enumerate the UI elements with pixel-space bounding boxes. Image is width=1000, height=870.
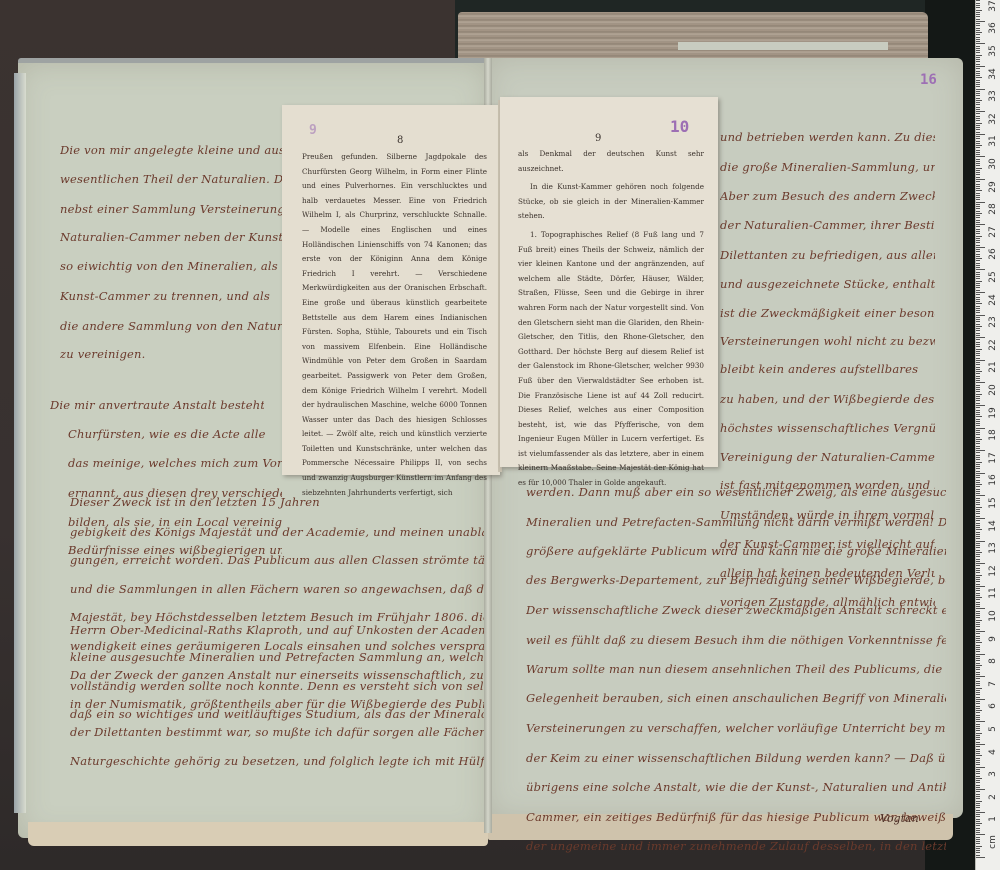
handwritten-line: bleibt kein anderes aufstellbares — [720, 362, 935, 376]
ruler-tick — [976, 419, 980, 420]
ruler-tick — [976, 712, 980, 713]
ruler-tick — [976, 807, 980, 808]
ruler-tick — [976, 299, 980, 300]
ruler-tick — [976, 238, 980, 239]
ruler-tick — [976, 315, 985, 316]
ruler-tick — [976, 642, 982, 643]
ruler-tick — [976, 633, 980, 634]
handwritten-line: höchstes wissenschaftliches Vergnügen wü… — [720, 421, 935, 435]
page-left-binding-edge — [14, 73, 26, 813]
handwritten-line: der Keim zu einer wissenschaftlichen Bil… — [526, 751, 946, 765]
ruler-tick — [976, 378, 980, 379]
ruler-tick — [976, 398, 980, 399]
ruler-label: 35 — [988, 43, 998, 59]
ruler-tick — [976, 676, 985, 677]
handwritten-line: der Dilettanten bestimmt war, so mußte i… — [70, 725, 490, 739]
ruler-label: 25 — [988, 269, 998, 285]
ruler-tick — [976, 751, 980, 752]
ruler-tick — [976, 107, 980, 108]
ruler-tick — [976, 324, 980, 325]
ruler-tick — [976, 728, 980, 729]
ruler-tick — [976, 43, 985, 44]
ruler-tick — [976, 102, 980, 103]
page-number: 9 — [595, 133, 601, 144]
handwritten-line: so eiwichtig von den Mineralien, als — [60, 259, 282, 273]
ruler-tick — [976, 371, 982, 372]
ruler-tick — [976, 462, 982, 463]
ruler-label: 10 — [988, 608, 998, 624]
ruler-tick — [976, 211, 980, 212]
ruler-tick — [976, 120, 980, 121]
ruler-label: 3 — [988, 766, 998, 782]
ruler-label: 26 — [988, 246, 998, 262]
ruler-tick — [976, 236, 982, 237]
ruler-tick — [976, 39, 980, 40]
ruler-tick — [976, 805, 980, 806]
ruler-tick — [976, 434, 980, 435]
ruler-tick — [976, 683, 980, 684]
ruler-tick — [976, 850, 980, 851]
ruler-tick — [976, 753, 980, 754]
ruler-tick — [976, 762, 980, 763]
ruler-tick — [976, 620, 982, 621]
ruler-tick — [976, 177, 980, 178]
ruler-tick — [976, 520, 980, 521]
ruler-tick — [976, 660, 980, 661]
ruler-tick — [976, 484, 982, 485]
ruler-tick — [976, 138, 980, 139]
handwritten-line: Herrn Ober-Medicinal-Raths Klaproth, und… — [70, 623, 490, 637]
ruler-tick — [976, 778, 982, 779]
handwritten-line: gungen, erreicht worden. Das Publicum au… — [70, 553, 490, 567]
ruler-tick — [976, 254, 980, 255]
handwritten-line: Vereinigung der Naturalien-Cammer — — [720, 450, 935, 464]
handwritten-line: Majestät, bey Höchstdesselben letztem Be… — [70, 610, 490, 624]
ruler-tick — [976, 688, 982, 689]
ruler-tick — [976, 86, 980, 87]
ruler-tick — [976, 272, 980, 273]
ruler-tick — [976, 330, 980, 331]
ruler-tick — [976, 769, 980, 770]
ruler-tick — [976, 109, 980, 110]
ruler-tick — [976, 710, 982, 711]
ruler-tick — [976, 590, 980, 591]
ruler-tick — [976, 525, 980, 526]
ruler-tick — [976, 265, 980, 266]
ruler-tick — [976, 656, 980, 657]
printed-text-block: Preußen gefunden. Silberne Jagdpokale de… — [302, 150, 487, 500]
ruler-tick — [976, 410, 980, 411]
ruler-tick — [976, 134, 985, 135]
ruler-tick — [976, 152, 980, 153]
ruler-tick — [976, 489, 980, 490]
ruler-tick — [976, 437, 980, 438]
ruler-tick — [976, 75, 980, 76]
ruler-tick — [976, 317, 980, 318]
ruler-tick — [976, 502, 980, 503]
ruler-tick — [976, 358, 980, 359]
ruler-tick — [976, 830, 980, 831]
ruler-tick — [976, 615, 980, 616]
ruler-tick — [976, 68, 980, 69]
ruler-tick — [976, 839, 980, 840]
ruler-tick — [976, 425, 980, 426]
ruler-tick — [976, 532, 980, 533]
ruler-tick — [976, 791, 980, 792]
ruler-tick — [976, 613, 980, 614]
ruler-tick — [976, 448, 980, 449]
ruler-tick — [976, 100, 982, 101]
ruler-tick — [976, 245, 980, 246]
ruler-label: 29 — [988, 179, 998, 195]
ruler-tick — [976, 206, 980, 207]
ruler-tick — [976, 274, 980, 275]
ruler-tick — [976, 405, 985, 406]
ruler-tick — [976, 821, 980, 822]
ruler-tick — [976, 455, 980, 456]
ruler-tick — [976, 258, 982, 259]
ruler-tick — [976, 452, 980, 453]
ruler-tick — [976, 534, 980, 535]
handwritten-line: das meinige, welches mich zum Vorsteher — [68, 456, 282, 470]
handwritten-line: nebst einer Sammlung Versteinerungen — [60, 202, 282, 216]
ruler-tick — [976, 726, 980, 727]
ruler-tick — [976, 685, 980, 686]
ruler-tick — [976, 717, 980, 718]
ruler-tick — [976, 746, 980, 747]
page-number: 8 — [397, 135, 403, 146]
ruler-tick — [976, 52, 980, 53]
ruler-tick — [976, 825, 980, 826]
ruler-tick — [976, 202, 985, 203]
ruler-tick — [976, 681, 980, 682]
ruler-label: 33 — [988, 88, 998, 104]
ruler-tick — [976, 568, 980, 569]
ruler-tick — [976, 758, 980, 759]
handwritten-line: Gelegenheit berauben, sich einen anschau… — [526, 691, 946, 705]
ruler-tick — [976, 37, 980, 38]
ruler-tick — [976, 233, 980, 234]
ruler-tick — [976, 794, 980, 795]
ruler-tick — [976, 466, 980, 467]
ruler-tick — [976, 154, 980, 155]
ruler-tick — [976, 428, 985, 429]
ruler-tick — [976, 30, 980, 31]
ruler-tick — [976, 575, 982, 576]
ruler-tick — [976, 71, 980, 72]
ruler-label: 11 — [988, 585, 998, 601]
ruler-tick — [976, 638, 980, 639]
ruler-tick — [976, 407, 980, 408]
ruler-tick — [976, 373, 980, 374]
ruler-tick — [976, 606, 980, 607]
ruler-tick — [976, 61, 980, 62]
ruler-tick — [976, 294, 980, 295]
ruler-label: 34 — [988, 66, 998, 82]
ruler-tick — [976, 828, 980, 829]
ruler-tick — [976, 414, 980, 415]
ruler-tick — [976, 179, 985, 180]
ruler-tick — [976, 310, 980, 311]
ruler-tick — [976, 186, 980, 187]
handwritten-line: gebigkeit des Königs Majestät und der Ac… — [70, 525, 490, 539]
ruler-tick — [976, 837, 980, 838]
ruler-label: 16 — [988, 472, 998, 488]
ruler-tick — [976, 351, 980, 352]
ruler-tick — [976, 678, 980, 679]
ruler-tick — [976, 116, 980, 117]
ruler-tick — [976, 787, 980, 788]
ruler-tick — [976, 550, 980, 551]
handwritten-line: Dilettanten zu befriedigen, aus allen — [720, 248, 935, 262]
ruler-tick — [976, 647, 980, 648]
ruler-tick — [976, 389, 980, 390]
ruler-tick — [976, 3, 980, 4]
ruler-tick — [976, 321, 980, 322]
printed-insert-page-9: 10 9 als Denkmal der deutschen Kunst seh… — [500, 97, 718, 467]
ruler-tick — [976, 46, 980, 47]
handwritten-line: ist die Zweckmäßigkeit einer besondern — [720, 306, 935, 320]
ruler-tick — [976, 708, 980, 709]
handwritten-line: Churfürsten, wie es die Acte alle — [68, 427, 282, 441]
ruler-tick — [976, 104, 980, 105]
ruler-tick — [976, 147, 980, 148]
ruler-tick — [976, 281, 982, 282]
ruler-tick — [976, 12, 980, 13]
ruler-tick — [976, 588, 980, 589]
ruler-tick — [976, 143, 980, 144]
ruler-label: 37 — [988, 0, 998, 14]
ruler-tick — [976, 224, 985, 225]
ruler-tick — [976, 692, 980, 693]
handwritten-line: wesentlichen Theil der Naturalien. Die — [60, 172, 282, 186]
ruler-tick — [976, 439, 982, 440]
ruler-tick — [976, 32, 982, 33]
ruler-tick — [976, 215, 980, 216]
ruler-tick — [976, 222, 980, 223]
handwritten-line: die andere Sammlung von den Naturalien — [60, 319, 282, 333]
ruler-tick — [976, 319, 980, 320]
ruler-tick — [976, 159, 980, 160]
ruler-tick — [976, 127, 980, 128]
ruler-tick — [976, 572, 980, 573]
ruler-tick — [976, 195, 980, 196]
printed-paragraph: Preußen gefunden. Silberne Jagdpokale de… — [302, 150, 487, 500]
page-left-bottom-edge — [28, 822, 488, 846]
ruler-tick — [976, 810, 980, 811]
ruler-tick — [976, 473, 985, 474]
ruler-label: 23 — [988, 314, 998, 330]
ruler-label: 1 — [988, 811, 998, 827]
ruler-tick — [976, 749, 980, 750]
ruler-tick — [976, 480, 980, 481]
ruler-label: 12 — [988, 563, 998, 579]
ruler-tick — [976, 626, 980, 627]
ruler-tick — [976, 220, 980, 221]
ruler-tick — [976, 832, 980, 833]
stamp-10: 10 — [670, 117, 689, 136]
ruler-tick — [976, 339, 980, 340]
ruler-tick — [976, 536, 980, 537]
ruler-tick — [976, 77, 982, 78]
ruler-tick — [976, 674, 980, 675]
handwritten-line: Der wissenschaftliche Zweck dieser zweck… — [526, 603, 946, 617]
ruler-tick — [976, 396, 980, 397]
ruler-tick — [976, 335, 980, 336]
printed-text-block: als Denkmal der deutschen Kunst sehr aus… — [518, 147, 704, 491]
ruler-tick — [976, 208, 980, 209]
handwritten-line: daß ein so wichtiges und weitläuftiges S… — [70, 707, 490, 721]
ruler-tick — [976, 475, 980, 476]
handwritten-line: vollständig werden sollte noch konnte. D… — [70, 679, 490, 693]
ruler-tick — [976, 249, 980, 250]
ruler-tick — [976, 443, 980, 444]
ruler-tick — [976, 796, 980, 797]
ruler-tick — [976, 19, 980, 20]
ruler-tick — [976, 276, 980, 277]
ruler-tick — [976, 785, 980, 786]
ruler-tick — [976, 667, 980, 668]
ruler-tick — [976, 690, 980, 691]
ruler-label: 9 — [988, 631, 998, 647]
ruler-tick — [976, 457, 980, 458]
ruler-tick — [976, 301, 980, 302]
ruler-tick — [976, 290, 980, 291]
ruler-tick — [976, 382, 985, 383]
ruler-tick — [976, 823, 982, 824]
ruler-tick — [976, 599, 980, 600]
ruler-tick — [976, 735, 980, 736]
ruler-tick — [976, 213, 982, 214]
ruler-tick — [976, 482, 980, 483]
ruler-tick — [976, 771, 980, 772]
ruler-tick — [976, 733, 982, 734]
ruler-tick — [976, 204, 980, 205]
ruler-tick — [976, 816, 980, 817]
ruler-tick — [976, 423, 980, 424]
ruler-tick — [976, 199, 980, 200]
handwritten-line: Naturgeschichte gehörig zu besetzen, und… — [70, 754, 490, 768]
ruler-tick — [976, 136, 980, 137]
ruler-tick — [976, 857, 985, 858]
ruler-tick — [976, 394, 982, 395]
ruler-label: 32 — [988, 111, 998, 127]
ruler-tick — [976, 41, 980, 42]
ruler-tick — [976, 184, 980, 185]
printed-paragraph: als Denkmal der deutschen Kunst sehr aus… — [518, 147, 704, 176]
ruler-tick — [976, 242, 980, 243]
ruler-label: 14 — [988, 518, 998, 534]
ruler-tick — [976, 819, 980, 820]
ruler-tick — [976, 651, 980, 652]
ruler-tick — [976, 545, 980, 546]
ruler-tick — [976, 556, 980, 557]
ruler-tick — [976, 256, 980, 257]
signature: Vogtan — [880, 812, 919, 825]
ruler-tick — [976, 84, 980, 85]
printed-paragraph: In die Kunst-Kammer gehören noch folgend… — [518, 180, 704, 224]
ruler-tick — [976, 498, 980, 499]
ruler-tick — [976, 59, 980, 60]
ruler-tick — [976, 611, 980, 612]
ruler-tick — [976, 617, 980, 618]
ruler-tick — [976, 174, 980, 175]
ruler-tick — [976, 80, 980, 81]
ruler-tick — [976, 64, 980, 65]
handwritten-line: Die mir anvertraute Anstalt besteht, sei… — [50, 398, 264, 412]
ruler-tick — [976, 570, 980, 571]
ruler-label: 22 — [988, 337, 998, 353]
handwritten-line: und betrieben werden kann. Zu diesem — [720, 130, 935, 144]
ruler-tick — [976, 645, 980, 646]
handwritten-line: zu haben, und der Wißbegierde des gewiss… — [720, 392, 935, 406]
ruler-tick — [976, 523, 980, 524]
ruler-tick — [976, 123, 982, 124]
ruler-tick — [976, 111, 985, 112]
ruler-tick — [976, 724, 980, 725]
ruler-tick — [976, 432, 980, 433]
ruler-tick — [976, 636, 980, 637]
ruler-tick — [976, 649, 980, 650]
handwritten-line: zu vereinigen. — [60, 347, 282, 361]
ruler-tick — [976, 631, 985, 632]
ruler-tick — [976, 658, 980, 659]
ruler-tick — [976, 468, 980, 469]
handwritten-line: größere aufgeklärte Publicum wird und ka… — [526, 544, 946, 558]
ruler-tick — [976, 430, 980, 431]
ruler-tick — [976, 744, 985, 745]
ruler-tick — [976, 593, 980, 594]
handwritten-line: die große Mineralien-Sammlung, unter der — [720, 160, 935, 174]
ruler-tick — [976, 0, 980, 1]
ruler-label: 18 — [988, 427, 998, 443]
ruler-label: 30 — [988, 156, 998, 172]
ruler-tick — [976, 251, 980, 252]
ruler-tick — [976, 50, 980, 51]
ruler-tick — [976, 55, 982, 56]
ruler-tick — [976, 400, 980, 401]
ruler-tick — [976, 527, 980, 528]
ruler-tick — [976, 782, 980, 783]
handwritten-line: Die von mir angelegte kleine und ausgewä… — [60, 143, 282, 157]
ruler-tick — [976, 755, 982, 756]
handwritten-line: kleine ausgesuchte Mineralien und Petref… — [70, 650, 490, 664]
ruler-tick — [976, 834, 985, 835]
ruler-tick — [976, 385, 980, 386]
ruler-tick — [976, 579, 980, 580]
ruler-tick — [976, 145, 982, 146]
ruler-tick — [976, 113, 980, 114]
ruler-tick — [976, 421, 980, 422]
ruler-tick — [976, 267, 980, 268]
ruler-tick — [976, 703, 980, 704]
ruler-tick — [976, 563, 985, 564]
ruler-tick — [976, 665, 982, 666]
centimeter-ruler: cm12345678910111213141516171819202122232… — [975, 0, 1000, 870]
ruler-tick — [976, 355, 980, 356]
ruler-tick — [976, 486, 980, 487]
ruler-tick — [976, 855, 980, 856]
ruler-tick — [976, 852, 980, 853]
ruler-tick — [976, 654, 985, 655]
ruler-label: 7 — [988, 676, 998, 692]
ruler-tick — [976, 344, 980, 345]
ruler-tick — [976, 283, 980, 284]
ruler-tick — [976, 608, 985, 609]
ruler-tick — [976, 297, 980, 298]
ruler-tick — [976, 172, 980, 173]
ruler-tick — [976, 500, 980, 501]
